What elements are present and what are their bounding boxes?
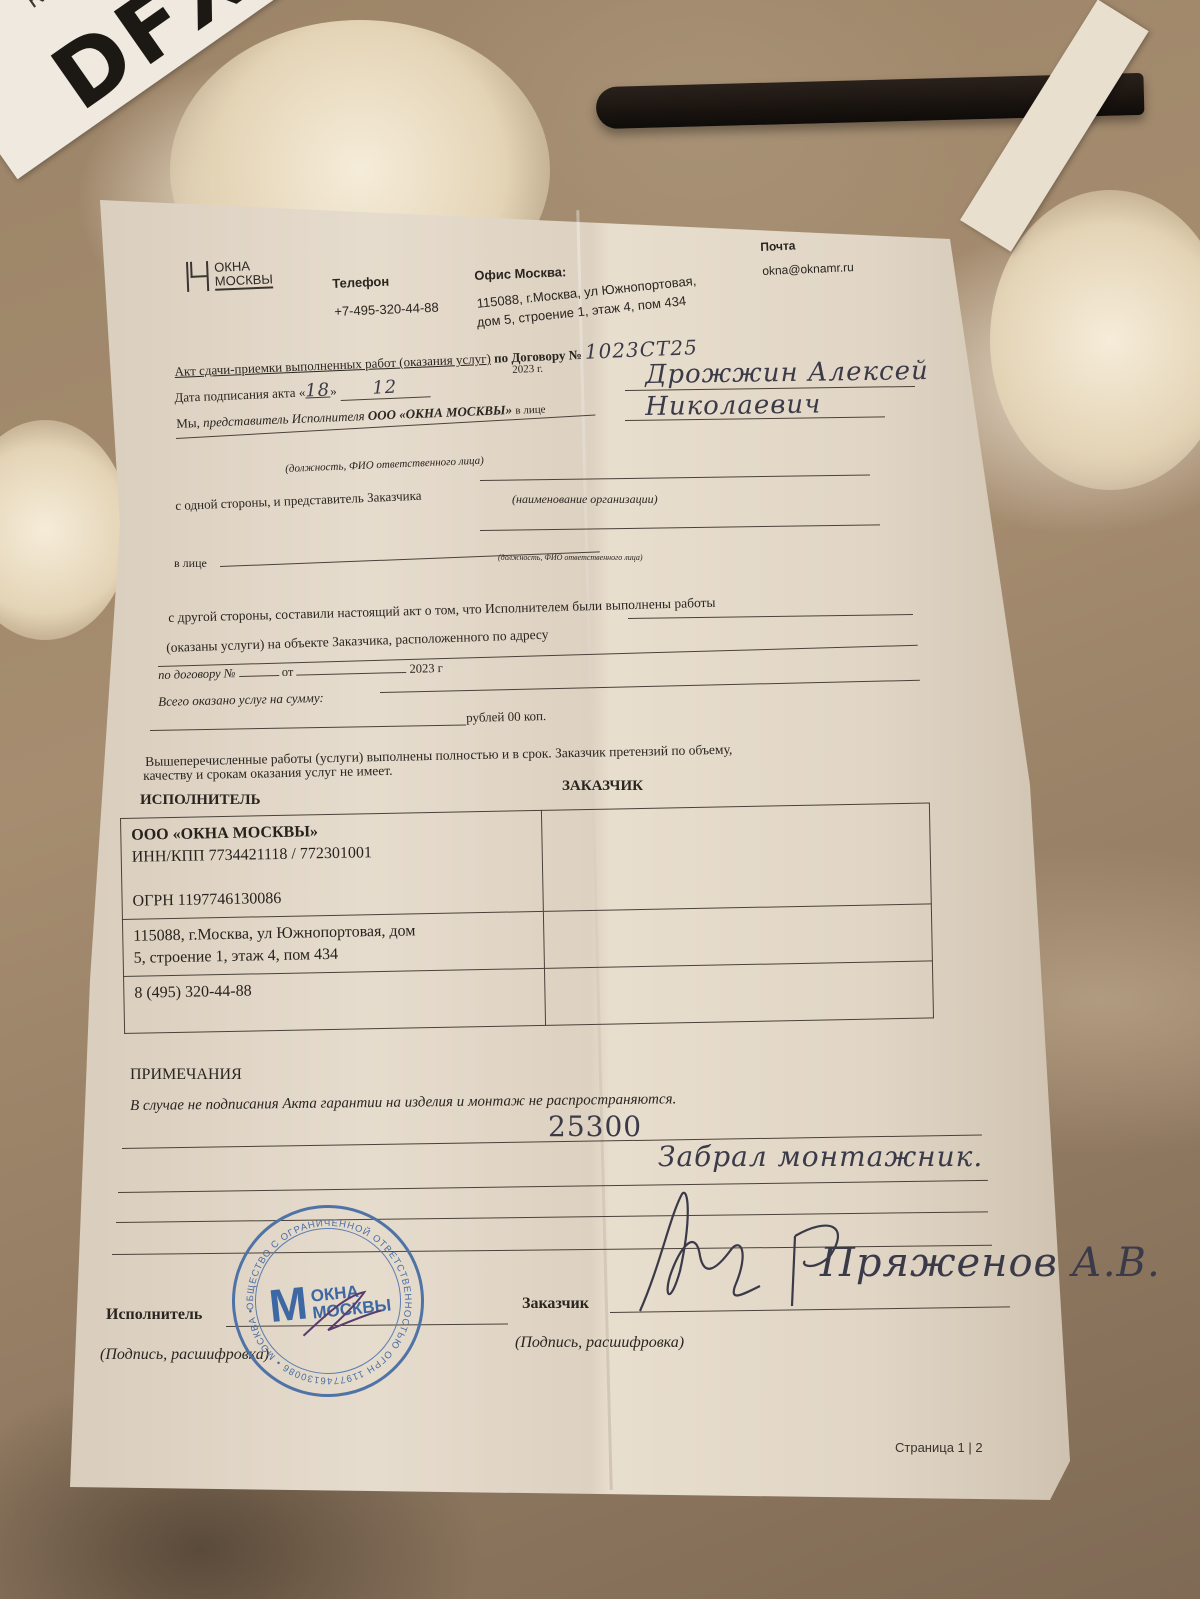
in-person-label: в лице	[515, 404, 546, 417]
customer-heading: ЗАКАЗЧИК	[562, 778, 643, 795]
sign-month: 12	[339, 375, 430, 401]
executor-signature-label: Исполнитель	[106, 1306, 202, 1324]
act-title-text: Акт сдачи-приемки выполненных работ (ока…	[174, 351, 491, 379]
fill-line	[480, 524, 880, 531]
customer-signature-text: Пряженов А.В.	[820, 1240, 1161, 1286]
sum-words-line	[150, 724, 466, 731]
company-stamp: ОБЩЕСТВО С ОГРАНИЧЕННОЙ ОТВЕТСТВЕННОСТЬЮ…	[222, 1195, 433, 1406]
customer-org-line	[480, 475, 870, 481]
customer-cell	[543, 904, 932, 968]
executor-person-handwritten-line1: Дрожжин Алексей	[645, 356, 929, 390]
customer-cell	[541, 803, 931, 911]
hint-org-name: (наименование организации)	[512, 492, 658, 507]
object-text: (оказаны услуги) на объекте Заказчика, р…	[166, 627, 549, 656]
sign-date-row: Дата подписания акта «18» 12	[174, 375, 430, 408]
executor-heading: ИСПОЛНИТЕЛЬ	[140, 792, 261, 809]
handwritten-amount: 25300	[548, 1110, 642, 1143]
executor-cell: 115088, г.Москва, ул Южнопортовая, дом5,…	[122, 911, 544, 976]
sign-date-label: Дата подписания акта	[174, 385, 296, 405]
phone-label: Телефон	[332, 274, 389, 291]
we-role: представитель Исполнителя	[203, 408, 365, 430]
table-row: ООО «ОКНА МОСКВЫ»ИНН/КПП 7734421118 / 77…	[121, 803, 932, 920]
hint-position-fio-2: (должность, ФИО ответственного лица)	[498, 553, 643, 562]
hint-position-fio: (должность, ФИО ответственного лица)	[285, 455, 484, 475]
logo-line2: МОСКВЫ	[215, 272, 274, 288]
we-label: Мы,	[176, 415, 200, 431]
phone-number: +7-495-320-44-88	[334, 300, 439, 319]
address-line	[628, 614, 913, 619]
other-side-text: с другой стороны, составили настоящий ак…	[168, 595, 716, 626]
office-label: Офис Москва:	[474, 264, 567, 283]
customer-signature-label: Заказчик	[522, 1295, 589, 1313]
notes-heading: ПРИМЕЧАНИЯ	[130, 1066, 242, 1084]
sign-year: 2023 г.	[512, 363, 543, 376]
email: okna@oknamr.ru	[762, 260, 854, 278]
year-label: 2023 г	[409, 661, 443, 676]
sign-day: 18	[305, 379, 331, 401]
parties-table: ООО «ОКНА МОСКВЫ»ИНН/КПП 7734421118 / 77…	[120, 802, 934, 1034]
executor-signature-scribble	[294, 1282, 389, 1341]
executor-cell: ООО «ОКНА МОСКВЫ»ИНН/КПП 7734421118 / 77…	[121, 810, 544, 919]
act-document: ОКНА МОСКВЫ Телефон +7-495-320-44-88 Офи…	[0, 0, 1200, 1599]
handwritten-note: Забрал монтажник.	[658, 1140, 983, 1173]
in-person-label-2: в лице	[174, 556, 207, 571]
one-side-text: с одной стороны, и представитель Заказчи…	[175, 488, 422, 514]
company-logo: ОКНА МОСКВЫ	[186, 258, 273, 292]
rubles-label: рублей 00 коп.	[466, 708, 546, 726]
page-number: Страница 1 | 2	[895, 1440, 983, 1455]
act-title: Акт сдачи-приемки выполненных работ (ока…	[174, 335, 698, 381]
logo-m-icon	[186, 261, 209, 292]
mail-label: Почта	[760, 239, 796, 254]
executor-cell: 8 (495) 320-44-88	[124, 968, 546, 1033]
contract-no-label: по договору №	[158, 666, 236, 682]
sum-line	[380, 680, 920, 693]
from-label: от	[282, 665, 294, 679]
customer-cell	[544, 961, 933, 1025]
total-label: Всего оказано услуг на сумму:	[158, 690, 324, 710]
customer-signature-hint: (Подпись, расшифровка)	[515, 1334, 684, 1352]
